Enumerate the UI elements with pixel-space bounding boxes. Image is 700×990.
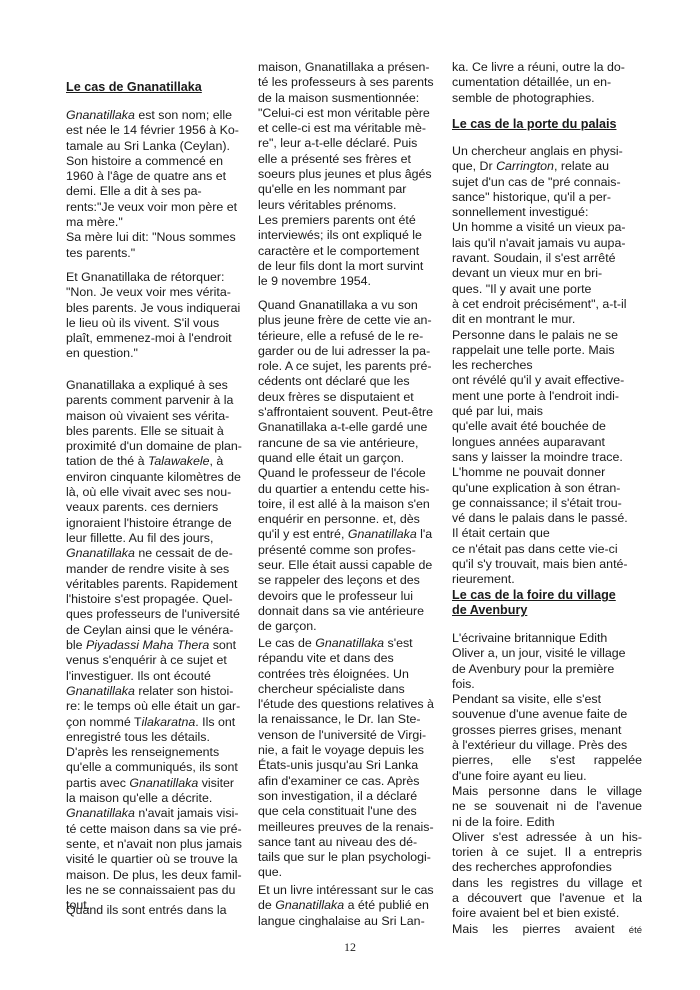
text-line: Il était certain que [452, 526, 642, 541]
text-line: chercheur spécialiste dans [258, 682, 448, 697]
text-line: ignoraient l'histoire étrange de [66, 516, 252, 531]
text-line: pierres, elle s'est rappelée [452, 753, 642, 768]
text-line: sente, et n'avait non plus jamais [66, 837, 252, 852]
text-line: re: le temps où elle était un gar- [66, 699, 252, 714]
text-line: longues années auparavant [452, 435, 642, 450]
text-line: Pendant sa visite, elle s'est [452, 692, 642, 707]
text-line: enregistré tous les détails. [66, 730, 252, 745]
text-line: maison où vivaient ses vérita- [66, 409, 252, 424]
paragraph: maison, Gnanatillaka a présen-té les pro… [258, 60, 448, 289]
text-line: est née le 14 février 1956 à Ko- [66, 123, 252, 138]
text-line: que, Dr Carrington, relate au [452, 159, 642, 174]
text-line: ravant. Soudain, il s'est arrêté [452, 251, 642, 266]
text-line: sonnellement investigué: [452, 205, 642, 220]
text-line: D'après les renseignements [66, 745, 252, 760]
text-line: a découvert que l'avenue et la [452, 891, 642, 906]
text-line: et celle-ci est ma véritable mè- [258, 121, 448, 136]
text-line: Oliver a, un jour, visité le village [452, 646, 642, 661]
text-line: donnait dans sa vie antérieure [258, 604, 448, 619]
text-line: ka. Ce livre a réuni, outre la do- [452, 60, 642, 75]
text-line: sujet d'un cas de "pré connais- [452, 175, 642, 190]
text-line: Et un livre intéressant sur le cas [258, 883, 448, 898]
text-line: cédents ont déclaré que les [258, 374, 448, 389]
text-line: "Non. Je veux voir mes vérita- [66, 285, 252, 300]
text-line: Mais personne dans le village [452, 784, 642, 799]
text-line: qu'elle en les nommant par [258, 182, 448, 197]
text-line: ne se souvenait ni de l'avenue [452, 799, 642, 814]
text-line: environ cinquante kilomètres de [66, 470, 252, 485]
paragraph: Quand Gnanatillaka a vu sonplus jeune fr… [258, 298, 448, 635]
text-line: re", leur a-t-elle déclaré. Puis [258, 136, 448, 151]
text-line: Oliver s'est adressée à un his- [452, 830, 642, 845]
text-line: Gnanatillaka relater son histoi- [66, 684, 252, 699]
text-line: venson de l'université de Virgi- [258, 728, 448, 743]
text-line: térieure, elle a refusé de le re- [258, 329, 448, 344]
text-line: les recherches [452, 358, 642, 373]
text-line: son investigation, il a déclaré [258, 789, 448, 804]
text-line: tails que sur le plan psychologi- [258, 850, 448, 865]
text-line: à cet endroit précisément", a-t-il [452, 297, 642, 312]
text-line: la maison qu'elle a décrite. [66, 791, 252, 806]
text-line: plus jeune frère de cette vie an- [258, 313, 448, 328]
heading-gnanatillaka: Le cas de Gnanatillaka [66, 80, 252, 95]
paragraph: Quand ils sont entrés dans la [66, 903, 252, 918]
text-line: plaît, emmenez-moi à l'endroit [66, 331, 252, 346]
text-line: ni de la foire. Edith [452, 815, 642, 830]
text-line: rappelait une telle porte. Mais [452, 343, 642, 358]
paragraph: Le cas de Gnanatillaka s'estrépandu vite… [258, 636, 448, 881]
text-line: ont révélé qu'il y avait effective- [452, 373, 642, 388]
paragraph: Gnanatillaka a expliqué à sesparents com… [66, 378, 252, 913]
text-line: qu'elle avait été bouchée de [452, 419, 642, 434]
text-line: États-unis jusqu'au Sri Lanka [258, 758, 448, 773]
text-line: devant un vieux mur en bri- [452, 266, 642, 281]
text-line: ma mère." [66, 215, 252, 230]
text-line: foire avaient bel et bien existé. [452, 906, 642, 921]
text-line: qué par lui, mais [452, 404, 642, 419]
text-line: bles parents. Je vous indiquerai [66, 301, 252, 316]
text-line: à l'extérieur du village. Près des [452, 738, 642, 753]
text-line: té les professeurs à ses parents [258, 75, 448, 90]
text-line: répandu vite et dans des [258, 651, 448, 666]
text-line: de leur fils dont la mort survint [258, 259, 448, 274]
text-line: rieurement. [452, 572, 642, 587]
text-line: sance" historique, qu'il a per- [452, 190, 642, 205]
paragraph: Et un livre intéressant sur le casde Gna… [258, 883, 448, 929]
text-line: garder ou de lui adresser la pa- [258, 344, 448, 359]
text-line: souvenue d'une avenue faite de [452, 707, 642, 722]
text-line: veaux parents. ces derniers [66, 500, 252, 515]
text-line: leurs véritables prénoms. [258, 198, 448, 213]
text-line: de Avenbury pour la première [452, 662, 642, 677]
text-line: partis avec Gnanatillaka visiter [66, 776, 252, 791]
text-line: Son histoire a commencé en [66, 154, 252, 169]
text-line: dans les registres du village et [452, 876, 642, 891]
text-line: qu'elle a communiqués, ils sont [66, 760, 252, 775]
text-line: dit en montrant le mur. [452, 312, 642, 327]
text-line: Sa mère lui dit: "Nous sommes [66, 230, 252, 245]
text-line: Un chercheur anglais en physi- [452, 144, 642, 159]
text-line: role. A ce sujet, les parents pré- [258, 359, 448, 374]
text-line: s'affrontaient souvent. Peut-être [258, 405, 448, 420]
text-line: interviewés; ils ont expliqué le [258, 228, 448, 243]
text-line: demi. Elle a dit à ses pa- [66, 184, 252, 199]
text-line: de la maison susmentionnée: [258, 91, 448, 106]
text-line: tation de thé à Talawakele, à [66, 454, 252, 469]
text-line: sance tant au niveau des dé- [258, 835, 448, 850]
text-line: caractère et le comportement [258, 244, 448, 259]
text-line: proximité d'un domaine de plan- [66, 439, 252, 454]
text-line: lais qu'il n'avait jamais vu aupa- [452, 236, 642, 251]
text-line: Gnanatillaka n'avait jamais visi- [66, 806, 252, 821]
text-line: qu'il y est entré, Gnanatillaka l'a [258, 527, 448, 542]
text-line: d'une foire ayant eu lieu. [452, 769, 642, 784]
text-line: présenté comme son profes- [258, 543, 448, 558]
text-line: Quand le professeur de l'école [258, 466, 448, 481]
text-line: mander de rendre visite à ses [66, 562, 252, 577]
text-line: elle a présenté ses frères et [258, 152, 448, 167]
text-line: que. [258, 865, 448, 880]
text-line: langue cinghalaise au Sri Lan- [258, 914, 448, 929]
text-line: l'étude des questions relatives à [258, 697, 448, 712]
text-line: Personne dans le palais ne se [452, 328, 642, 343]
text-line: Gnanatillaka a-t-elle gardé une [258, 420, 448, 435]
text-line: fois. [452, 677, 642, 692]
text-line: Quand Gnanatillaka a vu son [258, 298, 448, 313]
text-line: enquérir en personne. et, dès [258, 512, 448, 527]
text-line: tes parents." [66, 246, 252, 261]
text-line: ble Piyadassi Maha Thera sont [66, 638, 252, 653]
text-line: là, où elle vivait avec ses nou- [66, 485, 252, 500]
text-line: les ne se connaissaient pas du [66, 883, 252, 898]
text-line: Gnanatillaka a expliqué à ses [66, 378, 252, 393]
text-line: té cette maison dans sa vie pré- [66, 822, 252, 837]
text-line: Le cas de Gnanatillaka s'est [258, 636, 448, 651]
text-line: Un homme a visité un vieux pa- [452, 220, 642, 235]
text-line: le 9 novembre 1954. [258, 274, 448, 289]
paragraph: Un chercheur anglais en physi-que, Dr Ca… [452, 144, 642, 588]
heading-porte-du-palais: Le cas de la porte du palais [452, 117, 642, 132]
text-line: en question." [66, 346, 252, 361]
text-line: l'investiguer. Ils ont écouté [66, 669, 252, 684]
text-line: parents comment parvenir à la [66, 393, 252, 408]
text-line: contrées très éloignées. Un [258, 667, 448, 682]
text-line: grosses pierres grises, menant [452, 723, 642, 738]
text-line: la renaissance, le Dr. Ian Ste- [258, 712, 448, 727]
text-line: cumentation détaillée, un en- [452, 75, 642, 90]
text-line: bles parents. Elle se situait à [66, 424, 252, 439]
text-line: des recherches approfondies [452, 860, 642, 875]
text-line: soeurs plus jeunes et plus âgés [258, 167, 448, 182]
text-line: toire, il est allé à la maison s'en [258, 497, 448, 512]
text-line: maison. De plus, les deux famil- [66, 868, 252, 883]
text-line: vé dans le palais dans le passé. [452, 511, 642, 526]
text-line: semble de photographies. [452, 91, 642, 106]
text-line: ment une porte à l'endroit indi- [452, 389, 642, 404]
text-line: ge connaissance; il s'était trou- [452, 496, 642, 511]
text-line: Les premiers parents ont été [258, 213, 448, 228]
text-line: se rappeler des leçons et des [258, 573, 448, 588]
text-line: rancune de sa vie antérieure, [258, 436, 448, 451]
text-line: ques. "Il y avait une porte [452, 282, 642, 297]
text-line: nie, a fait le voyage depuis les [258, 743, 448, 758]
text-line: de Ceylan ainsi que le vénéra- [66, 623, 252, 638]
text-line: "Celui-ci est mon véritable père [258, 106, 448, 121]
text-line: seur. Elle était aussi capable de [258, 558, 448, 573]
paragraph: L'écrivaine britannique EdithOliver a, u… [452, 631, 642, 937]
text-line: L'écrivaine britannique Edith [452, 631, 642, 646]
text-line: visité le quartier où se trouve la [66, 852, 252, 867]
text-line: deux frères se disputaient et [258, 390, 448, 405]
text-line: 1960 à l'âge de quatre ans et [66, 169, 252, 184]
text-line: torien à ce sujet. Il a entrepris [452, 845, 642, 860]
text-line: de garçon. [258, 619, 448, 634]
paragraph: Gnanatillaka est son nom; elleest née le… [66, 108, 252, 261]
text-line: qu'il s'y trouvait, mais bien anté- [452, 557, 642, 572]
text-line: devoirs que le professeur lui [258, 589, 448, 604]
text-line: ques professeurs de l'université [66, 607, 252, 622]
text-line: Et Gnanatillaka de rétorquer: [66, 270, 252, 285]
text-line: çon nommé Tilakaratna. Ils ont [66, 715, 252, 730]
text-line: L'homme ne pouvait donner [452, 465, 642, 480]
text-line: Quand ils sont entrés dans la [66, 903, 252, 918]
text-line: qu'une explication à son étran- [452, 481, 642, 496]
text-line: venus s'enquérir à ce sujet et [66, 653, 252, 668]
text-line: leur fillette. Au fil des jours, [66, 531, 252, 546]
text-line: Gnanatillaka est son nom; elle [66, 108, 252, 123]
paragraph: ka. Ce livre a réuni, outre la do-cument… [452, 60, 642, 106]
text-line: véritables parents. Rapidement [66, 577, 252, 592]
text-line: Gnanatillaka ne cessait de de- [66, 546, 252, 561]
page-number: 12 [0, 940, 700, 955]
text-line: afin d'examiner ce cas. Après [258, 774, 448, 789]
paragraph: Et Gnanatillaka de rétorquer:"Non. Je ve… [66, 270, 252, 362]
text-line: de Gnanatillaka a été publié en [258, 898, 448, 913]
text-line: Mais les pierres avaient été [452, 922, 642, 937]
text-line: ce n'était pas dans cette vie-ci [452, 542, 642, 557]
text-line: meilleures preuves de la renais- [258, 820, 448, 835]
text-line: du quartier a entendu cette his- [258, 482, 448, 497]
text-line: l'histoire s'est propagée. Quel- [66, 592, 252, 607]
text-line: maison, Gnanatillaka a présen- [258, 60, 448, 75]
text-line: le lieu où ils vivent. S'il vous [66, 316, 252, 331]
text-line: rents:"Je veux voir mon père et [66, 200, 252, 215]
text-line: tamale au Sri Lanka (Ceylan). [66, 139, 252, 154]
heading-foire-avenbury: Le cas de la foire du village de Avenbur… [452, 588, 642, 619]
text-line: que cela constituait l'une des [258, 804, 448, 819]
text-line: quand elle était un garçon. [258, 451, 448, 466]
text-line: sans y laisser la moindre trace. [452, 450, 642, 465]
